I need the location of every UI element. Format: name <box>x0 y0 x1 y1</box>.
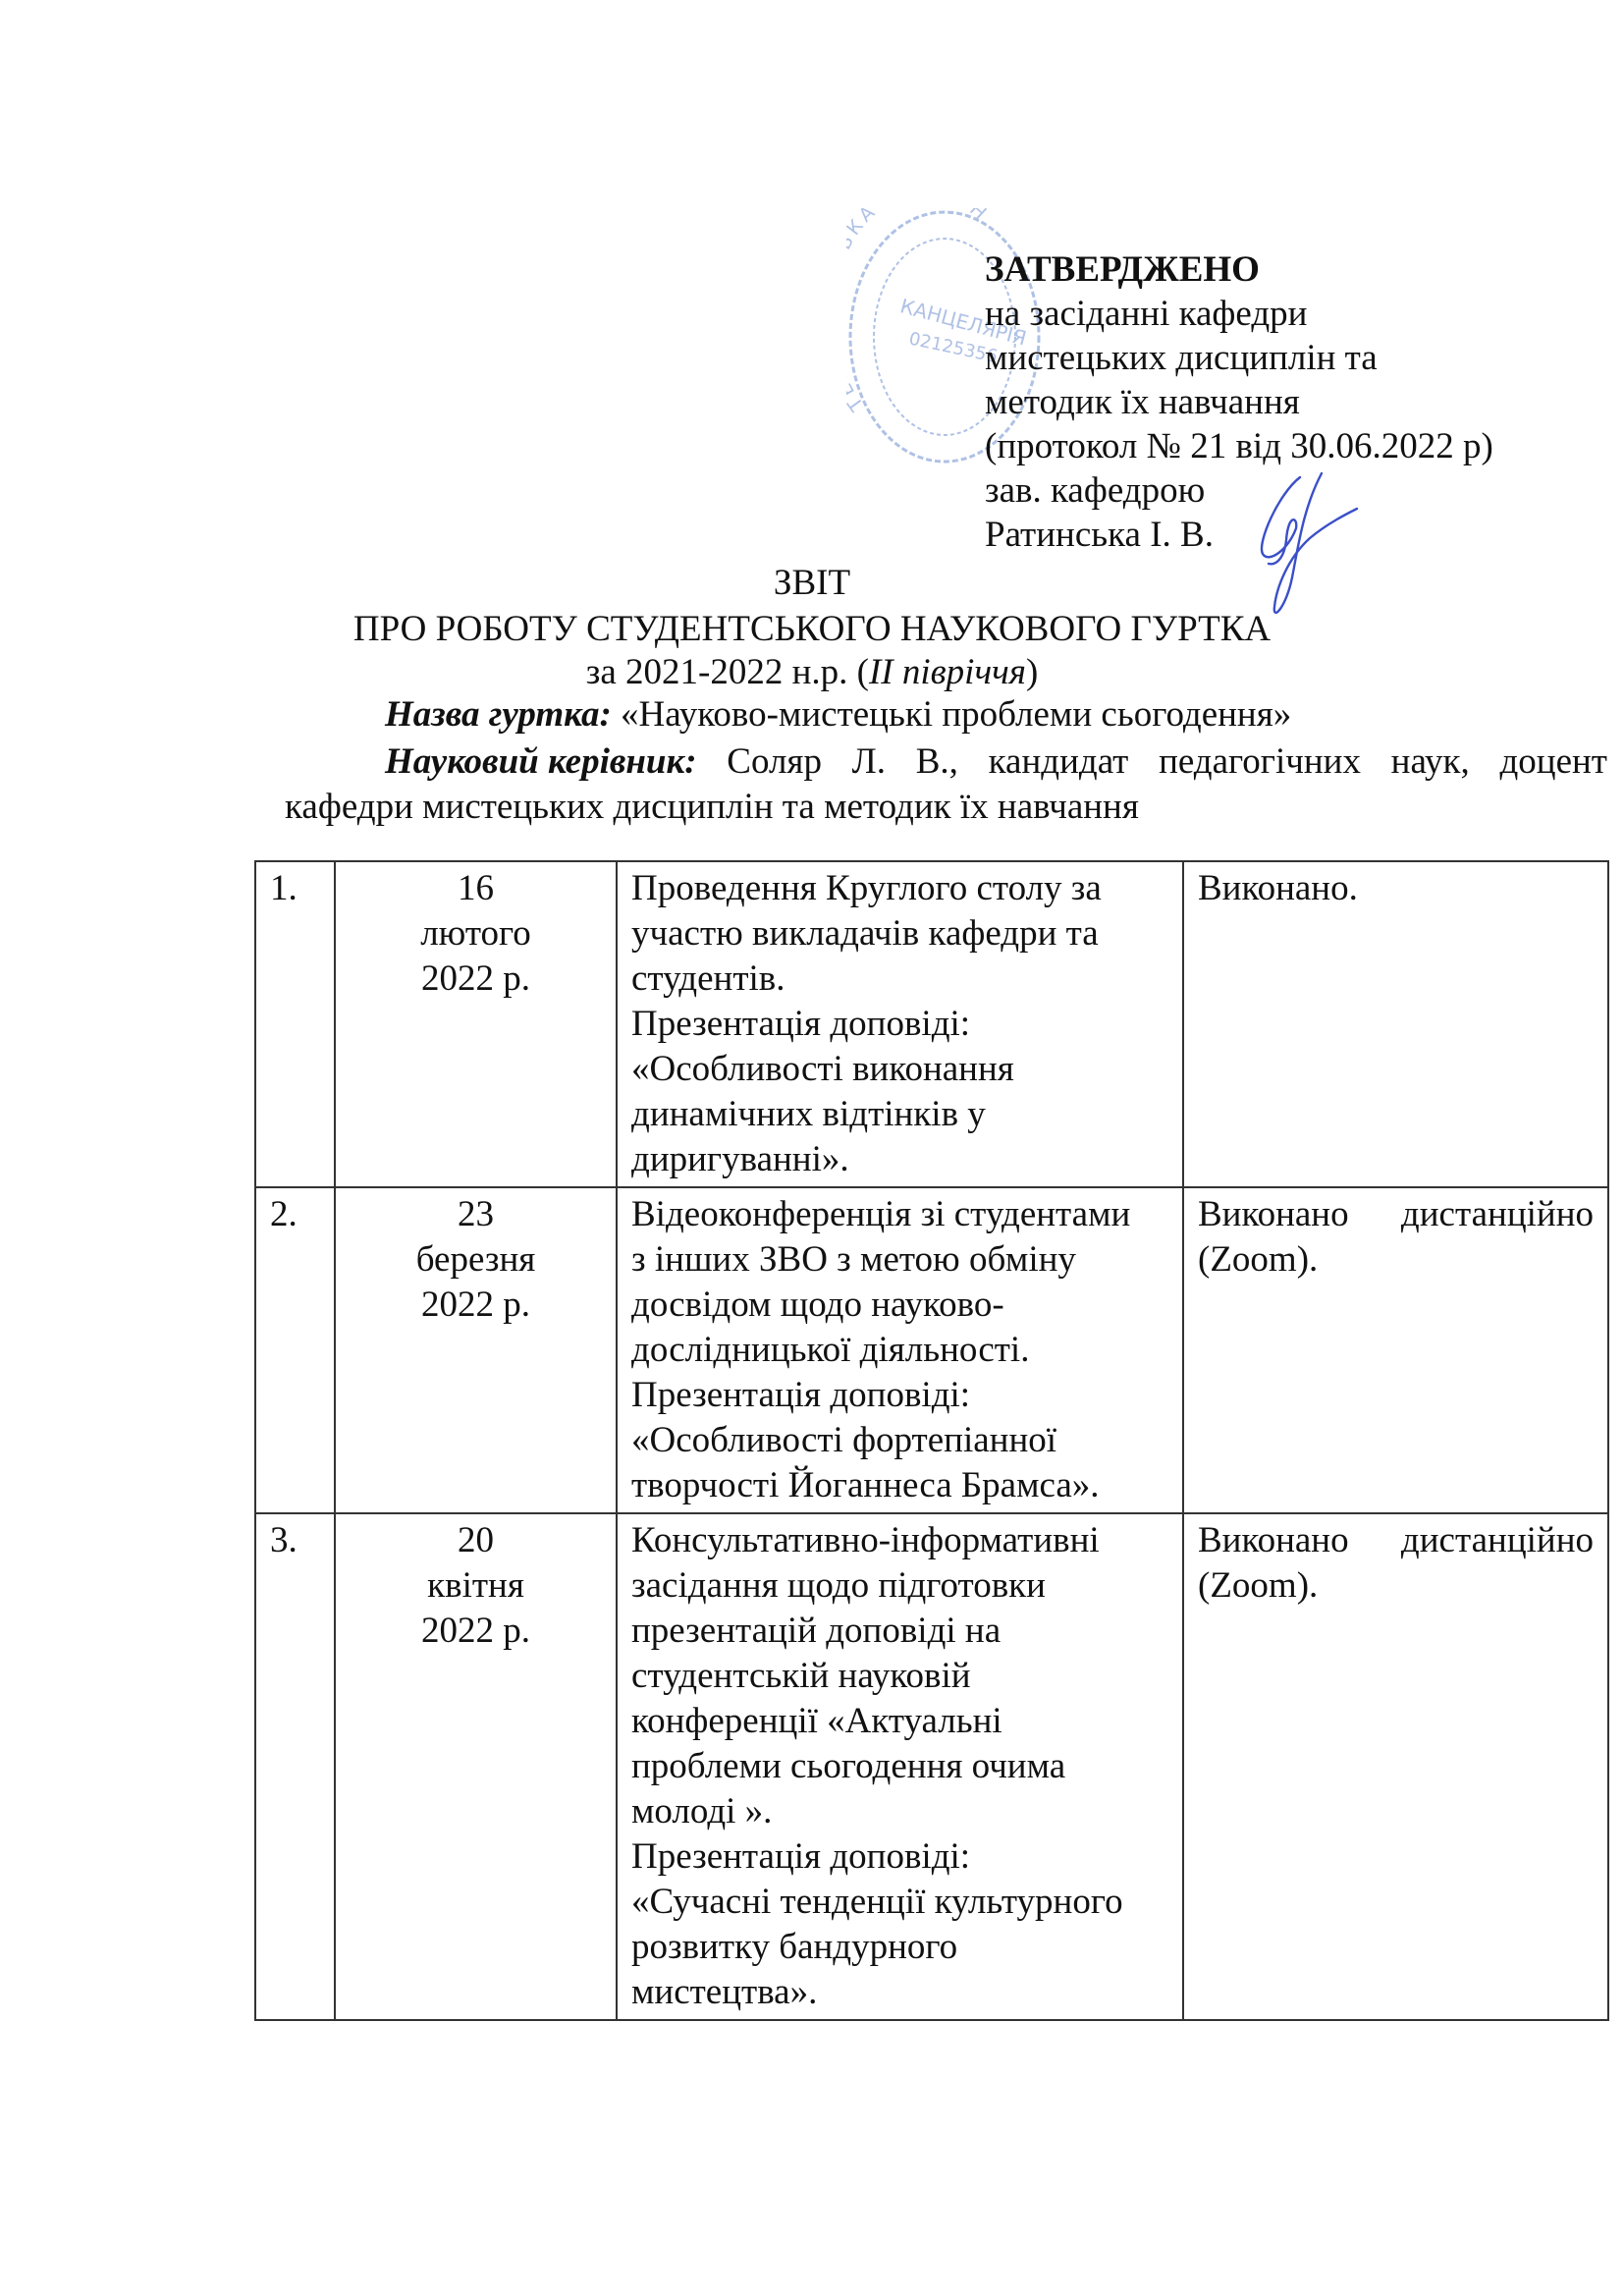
event-line: «Сучасні тенденції культурного <box>631 1880 1168 1925</box>
event-line: динамічних відтінків у <box>631 1092 1168 1137</box>
event-line: молоді ». <box>631 1789 1168 1834</box>
row-number: 2. <box>255 1187 335 1513</box>
status-line: Виконанодистанційно <box>1198 1518 1594 1563</box>
table-row: 2.23березня2022 р.Відеоконференція зі ст… <box>255 1187 1608 1513</box>
date-line: 16 <box>350 866 602 911</box>
event-line: проблеми сьогодення очима <box>631 1744 1168 1789</box>
period-semester: ІІ півріччя <box>869 652 1026 692</box>
event-line: конференції «Актуальні <box>631 1699 1168 1744</box>
event-line: мистецтва». <box>631 1970 1168 2015</box>
event-line: з інших ЗВО з метою обміну <box>631 1237 1168 1283</box>
event-line: дослідницької діяльності. <box>631 1328 1168 1373</box>
status-word: Виконано <box>1198 1518 1349 1563</box>
date-line: 2022 р. <box>350 1283 602 1328</box>
supervisor-line-2: кафедри мистецьких дисциплін та методик … <box>285 786 1610 829</box>
status-line: (Zoom). <box>1198 1563 1594 1609</box>
report-subtitle: ПРО РОБОТУ СТУДЕНТСЬКОГО НАУКОВОГО ГУРТК… <box>0 609 1624 650</box>
circle-name: «Науково-мистецькі проблеми сьогодення» <box>612 694 1291 735</box>
event-line: Презентація доповіді: <box>631 1373 1168 1418</box>
status-line: Виконано. <box>1198 866 1594 911</box>
event-line: Відеоконференція зі студентами <box>631 1192 1168 1237</box>
status-line: (Zoom). <box>1198 1237 1594 1283</box>
approval-line: на засіданні кафедри <box>985 292 1594 336</box>
supervisor-word: наук, <box>1391 740 1470 784</box>
activities-table: 1.16лютого2022 р.Проведення Круглого сто… <box>254 860 1609 2021</box>
table-row: 3.20квітня2022 р.Консультативно-інформат… <box>255 1513 1608 2020</box>
date-line: 2022 р. <box>350 957 602 1002</box>
circle-label: Назва гуртка: <box>385 694 612 735</box>
event-line: Консультативно-інформативні <box>631 1518 1168 1563</box>
supervisor-word: педагогічних <box>1159 740 1361 784</box>
event-line: презентацій доповіді на <box>631 1609 1168 1654</box>
event-line: Презентація доповіді: <box>631 1834 1168 1880</box>
approval-protocol: (протокол № 21 від 30.06.2022 р) <box>985 424 1594 468</box>
date-line: 20 <box>350 1518 602 1563</box>
supervisor-word: доцент <box>1499 740 1607 784</box>
event-line: Презентація доповіді: <box>631 1002 1168 1047</box>
row-number: 1. <box>255 861 335 1187</box>
event-line: творчості Йоганнеса Брамса». <box>631 1463 1168 1508</box>
period-prefix: за 2021-2022 н.р. ( <box>586 652 869 692</box>
supervisor-word: В., <box>916 740 958 784</box>
report-title: ЗВІТ <box>0 563 1624 604</box>
table-row: 1.16лютого2022 р.Проведення Круглого сто… <box>255 861 1608 1187</box>
event-line: студентів. <box>631 957 1168 1002</box>
row-date: 23березня2022 р. <box>335 1187 617 1513</box>
approval-title: ЗАТВЕРДЖЕНО <box>985 247 1594 292</box>
period-suffix: ) <box>1026 652 1038 692</box>
event-line: Проведення Круглого столу за <box>631 866 1168 911</box>
date-line: березня <box>350 1237 602 1283</box>
supervisor-word: Соляр <box>727 740 822 784</box>
event-line: досвідом щодо науково- <box>631 1283 1168 1328</box>
status-word: дистанційно <box>1401 1192 1594 1237</box>
date-line: лютого <box>350 911 602 957</box>
status-word: дистанційно <box>1401 1518 1594 1563</box>
supervisor-label: Науковий керівник: <box>385 740 697 784</box>
row-date: 16лютого2022 р. <box>335 861 617 1187</box>
date-line: 2022 р. <box>350 1609 602 1654</box>
row-event: Консультативно-інформативнізасідання щод… <box>617 1513 1183 2020</box>
event-line: розвитку бандурного <box>631 1925 1168 1970</box>
row-status: Виконанодистанційно(Zoom). <box>1183 1513 1608 2020</box>
event-line: участю викладачів кафедри та <box>631 911 1168 957</box>
status-word: Виконано <box>1198 1192 1349 1237</box>
row-event: Відеоконференція зі студентамиз інших ЗВ… <box>617 1187 1183 1513</box>
row-event: Проведення Круглого столу заучастю викла… <box>617 861 1183 1187</box>
approval-line: методик їх навчання <box>985 380 1594 424</box>
report-period: за 2021-2022 н.р. (ІІ півріччя) <box>0 652 1624 693</box>
supervisor-word: Л. <box>852 740 886 784</box>
row-number: 3. <box>255 1513 335 2020</box>
event-line: «Особливості виконання <box>631 1047 1168 1092</box>
document-page: КАНЦЕЛЯРІЯ 02125356 ТЕРНОПІЛЬСЬКА ОБЛАСН… <box>0 0 1624 2296</box>
row-date: 20квітня2022 р. <box>335 1513 617 2020</box>
approval-line: мистецьких дисциплін та <box>985 336 1594 380</box>
event-line: «Особливості фортепіанної <box>631 1418 1168 1463</box>
supervisor-line: Науковий керівник: Соляр Л. В., кандидат… <box>385 740 1607 784</box>
row-status: Виконанодистанційно(Zoom). <box>1183 1187 1608 1513</box>
circle-name-line: Назва гуртка: «Науково-мистецькі проблем… <box>385 693 1624 737</box>
event-line: диригуванні». <box>631 1137 1168 1182</box>
event-line: студентській науковій <box>631 1654 1168 1699</box>
date-line: квітня <box>350 1563 602 1609</box>
event-line: засідання щодо підготовки <box>631 1563 1168 1609</box>
date-line: 23 <box>350 1192 602 1237</box>
row-status: Виконано. <box>1183 861 1608 1187</box>
supervisor-word: кандидат <box>989 740 1129 784</box>
status-line: Виконанодистанційно <box>1198 1192 1594 1237</box>
